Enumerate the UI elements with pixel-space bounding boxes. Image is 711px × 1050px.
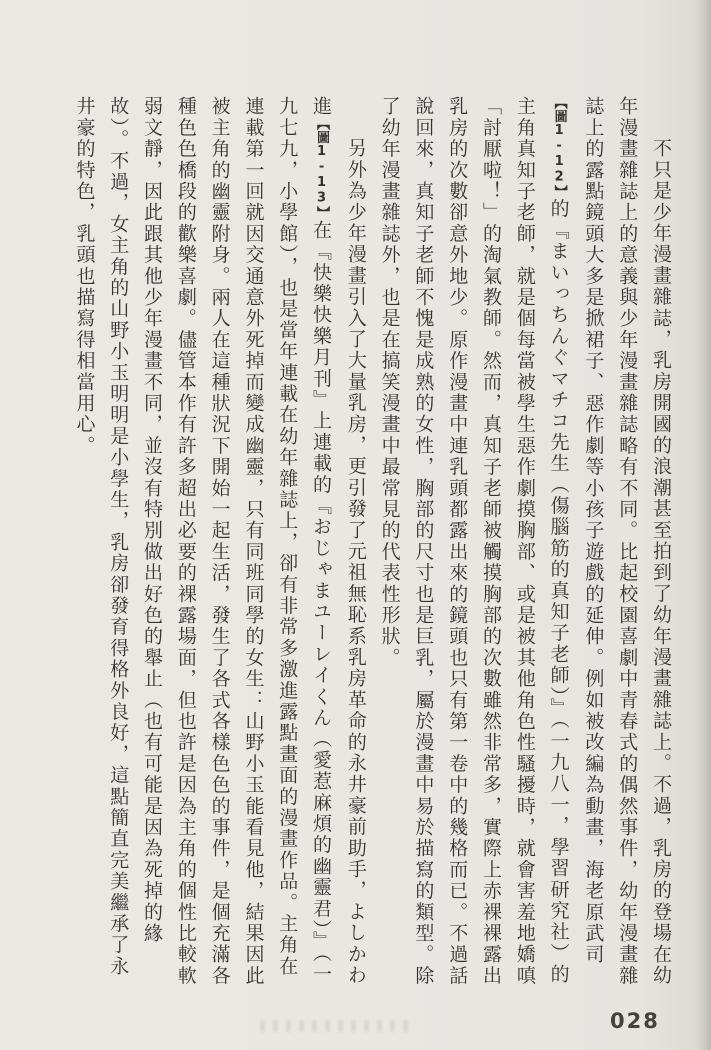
paragraph: 另外為少年漫畫引入了大量乳房，更引發了元祖無恥系乳房革命的永井豪前助手，よしかわ… [67, 96, 372, 988]
page-number: 028 [610, 1009, 660, 1033]
figure-ref: 【圖1-12】 [552, 96, 567, 199]
text-run: 不只是少年漫畫雜誌，乳房開國的浪潮甚至拍到了幼年漫畫雜誌上。不過，乳房的登場在幼… [582, 96, 672, 986]
binding-edge-shadow [695, 0, 711, 1050]
book-page: 不只是少年漫畫雜誌，乳房開國的浪潮甚至拍到了幼年漫畫雜誌上。不過，乳房的登場在幼… [0, 0, 711, 1050]
scan-artifact [260, 1020, 408, 1032]
paragraph: 不只是少年漫畫雜誌，乳房開國的浪潮甚至拍到了幼年漫畫雜誌上。不過，乳房的登場在幼… [372, 96, 677, 988]
text-run: 在『快樂快樂月刊』上連載的『おじゃまユーレイくん（愛惹麻煩的幽靈君）』（一九七九… [73, 96, 332, 986]
figure-ref: 【圖1-13】 [314, 117, 329, 220]
text-run: 的『まいっちんぐマチコ先生（傷腦筋的真知子老師）』（一九八一，學習研究社）的主角… [379, 96, 570, 986]
article-text: 不只是少年漫畫雜誌，乳房開國的浪潮甚至拍到了幼年漫畫雜誌上。不過，乳房的登場在幼… [67, 96, 677, 988]
